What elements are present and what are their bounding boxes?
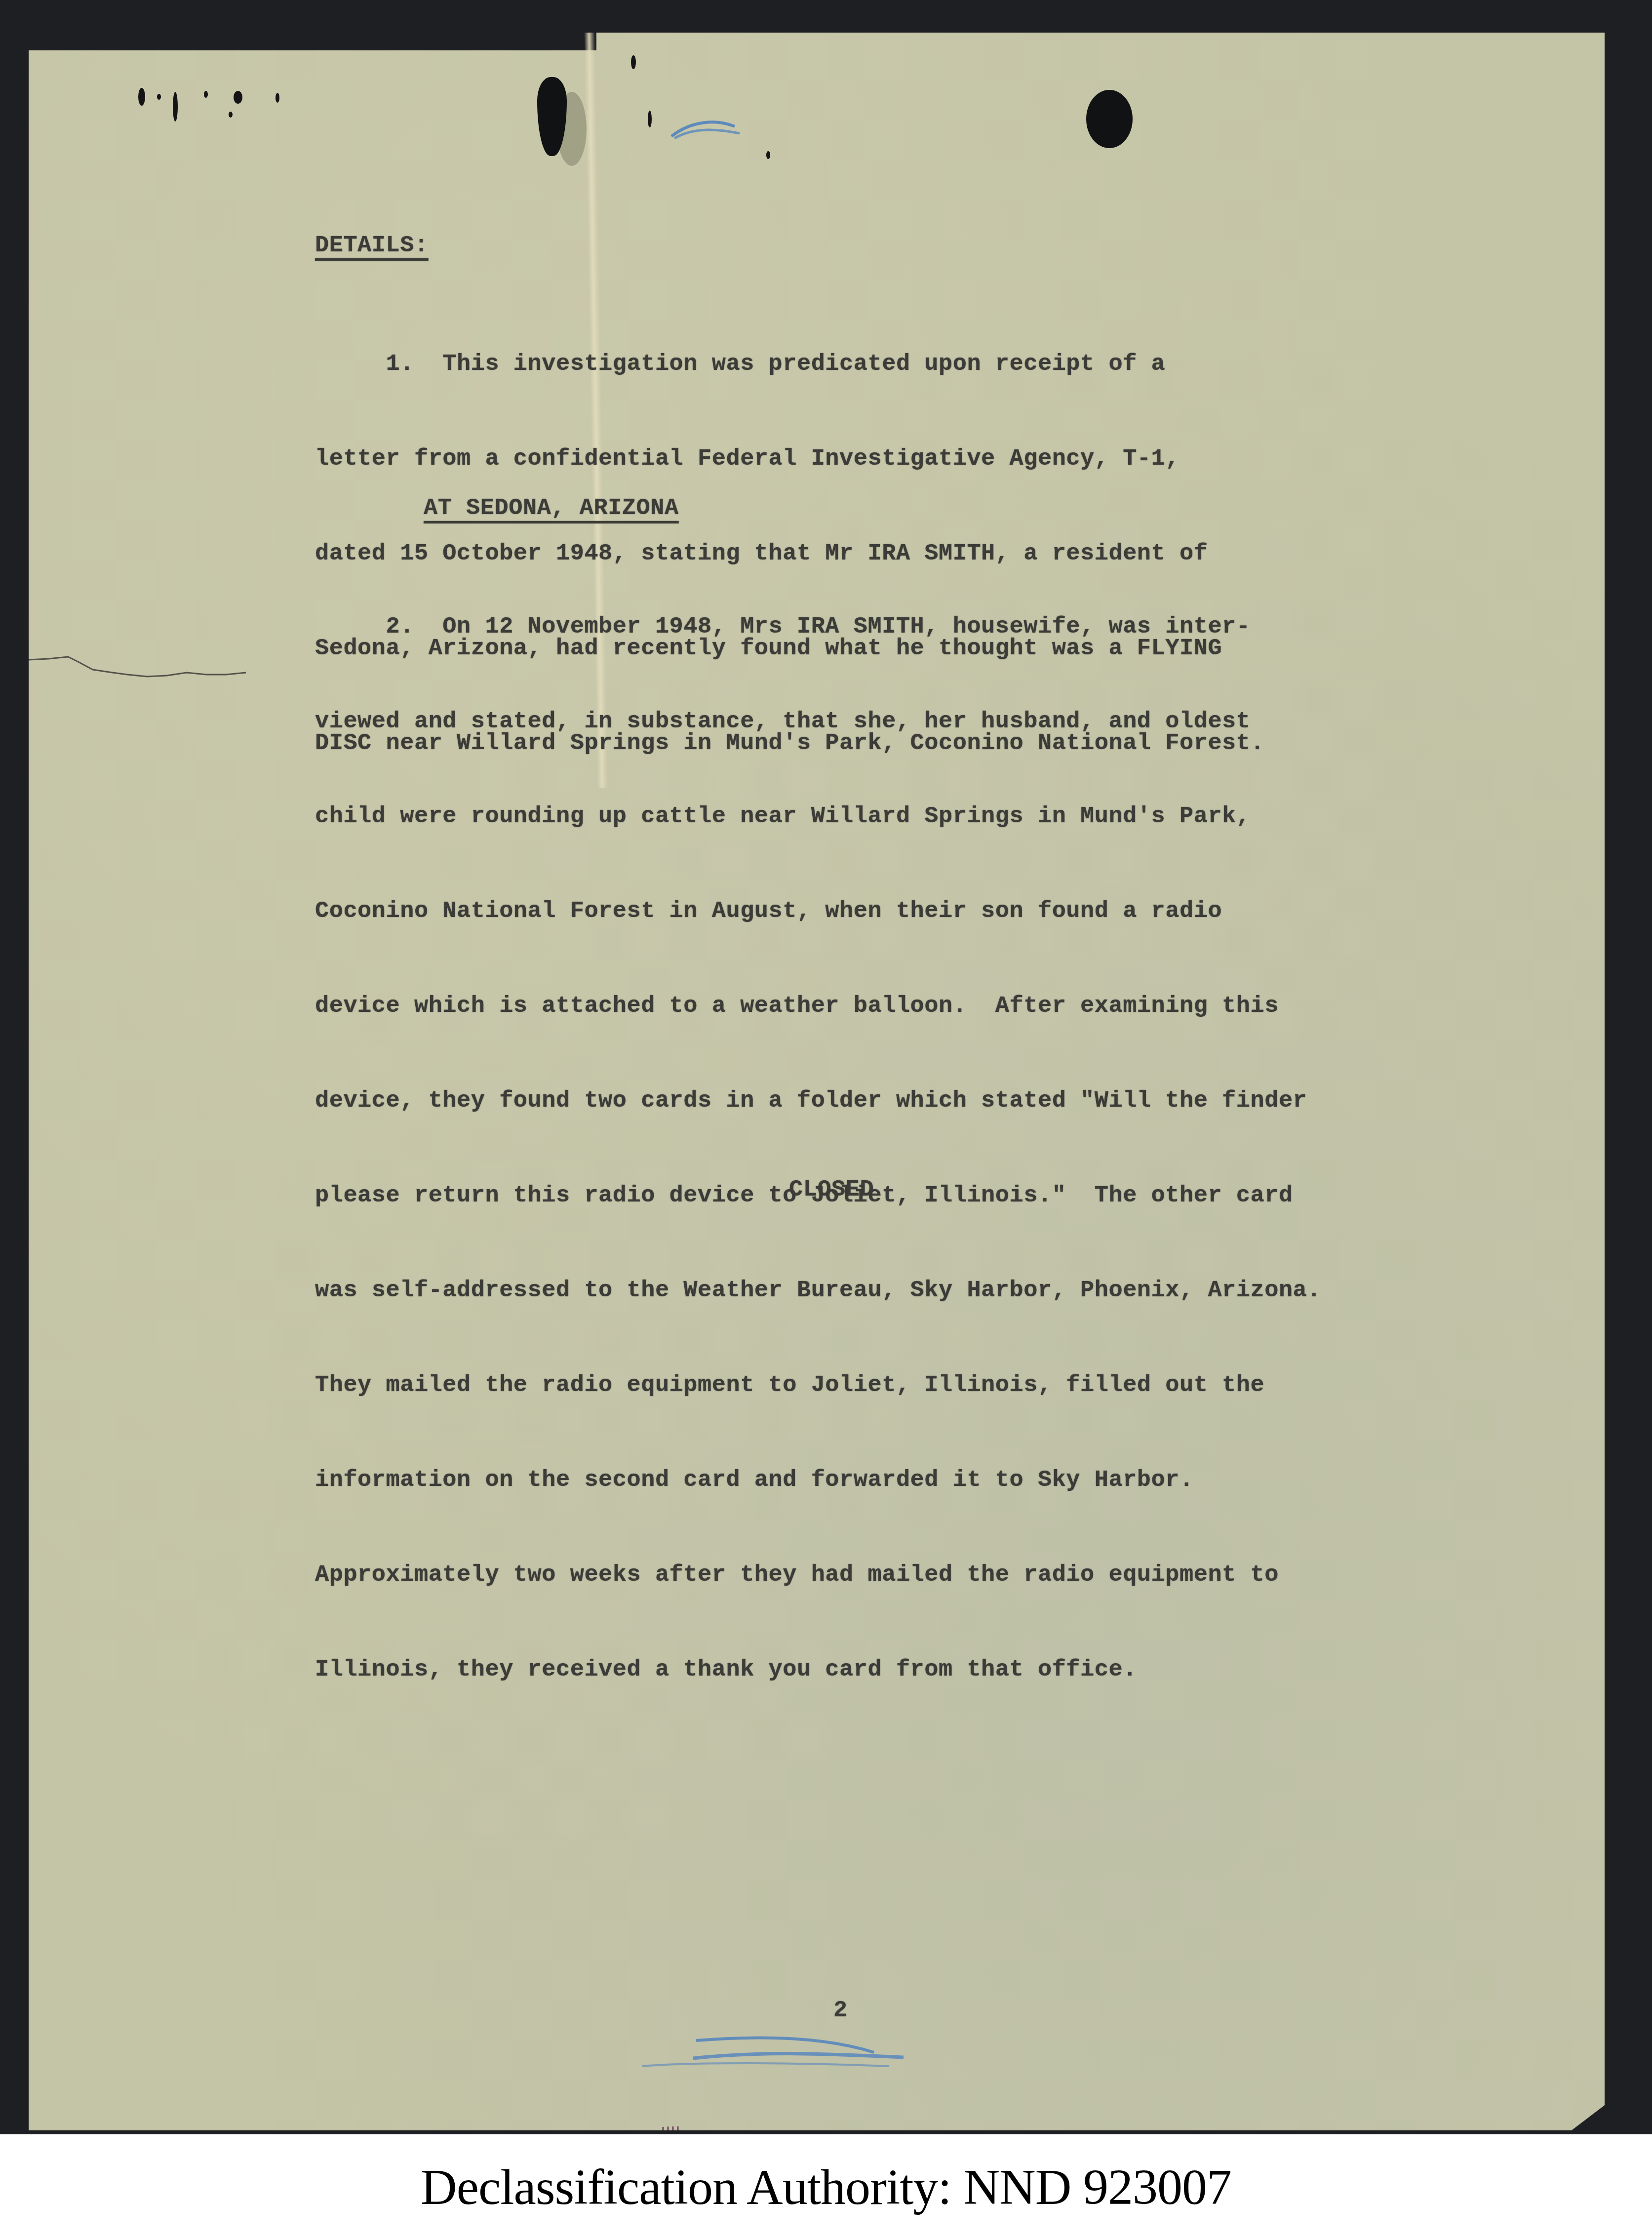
left-edge-tear-mark <box>29 655 246 684</box>
speck-mark <box>631 55 636 69</box>
paragraph-line: device, they found two cards in a folder… <box>315 1085 1321 1117</box>
speck-mark <box>275 93 279 103</box>
blue-pencil-mark-bottom <box>642 2013 918 2072</box>
paragraph-line: They mailed the radio equipment to Jolie… <box>315 1370 1321 1401</box>
paragraph-line: Approximately two weeks after they had m… <box>315 1560 1321 1591</box>
paragraph-line: information on the second card and forwa… <box>315 1465 1321 1496</box>
paragraph-line: Coconino National Forest in August, when… <box>315 896 1321 927</box>
section-heading-details: DETAILS: <box>315 230 429 262</box>
document-page: DETAILS: 1. This investigation was predi… <box>29 33 1605 2130</box>
paragraph-line: was self-addressed to the Weather Bureau… <box>315 1275 1321 1307</box>
paragraph-2: 2. On 12 November 1948, Mrs IRA SMITH, h… <box>315 548 1321 1749</box>
speck-mark <box>173 92 178 121</box>
speck-mark <box>138 88 145 106</box>
speck-mark <box>204 91 208 98</box>
paragraph-line: device which is attached to a weather ba… <box>315 991 1321 1022</box>
paragraph-line: 1. This investigation was predicated upo… <box>315 349 1264 380</box>
paper-top-edge-step <box>29 33 596 50</box>
blue-pencil-mark-top <box>670 117 745 156</box>
scan-background: DETAILS: 1. This investigation was predi… <box>0 0 1652 2134</box>
paragraph-line: Illinois, they received a thank you card… <box>315 1654 1321 1686</box>
section-heading-at-sedona-arizona: AT SEDONA, ARIZONA <box>424 493 679 524</box>
declassification-caption: Declassification Authority: NND 923007 <box>0 2134 1652 2240</box>
paragraph-line: letter from a confidential Federal Inves… <box>315 443 1264 475</box>
speck-mark <box>157 94 161 100</box>
speck-mark <box>234 91 242 104</box>
paragraph-line: viewed and stated, in substance, that sh… <box>315 706 1321 738</box>
page-number: 2 <box>833 1995 848 2027</box>
punch-hole-right <box>1086 90 1133 148</box>
closed-status-label: CLOSED <box>789 1174 874 1206</box>
paragraph-line: 2. On 12 November 1948, Mrs IRA SMITH, h… <box>315 611 1321 643</box>
speck-mark <box>648 111 652 127</box>
speck-mark <box>229 112 233 118</box>
paragraph-line: child were rounding up cattle near Willa… <box>315 801 1321 833</box>
speck-mark <box>766 151 770 159</box>
